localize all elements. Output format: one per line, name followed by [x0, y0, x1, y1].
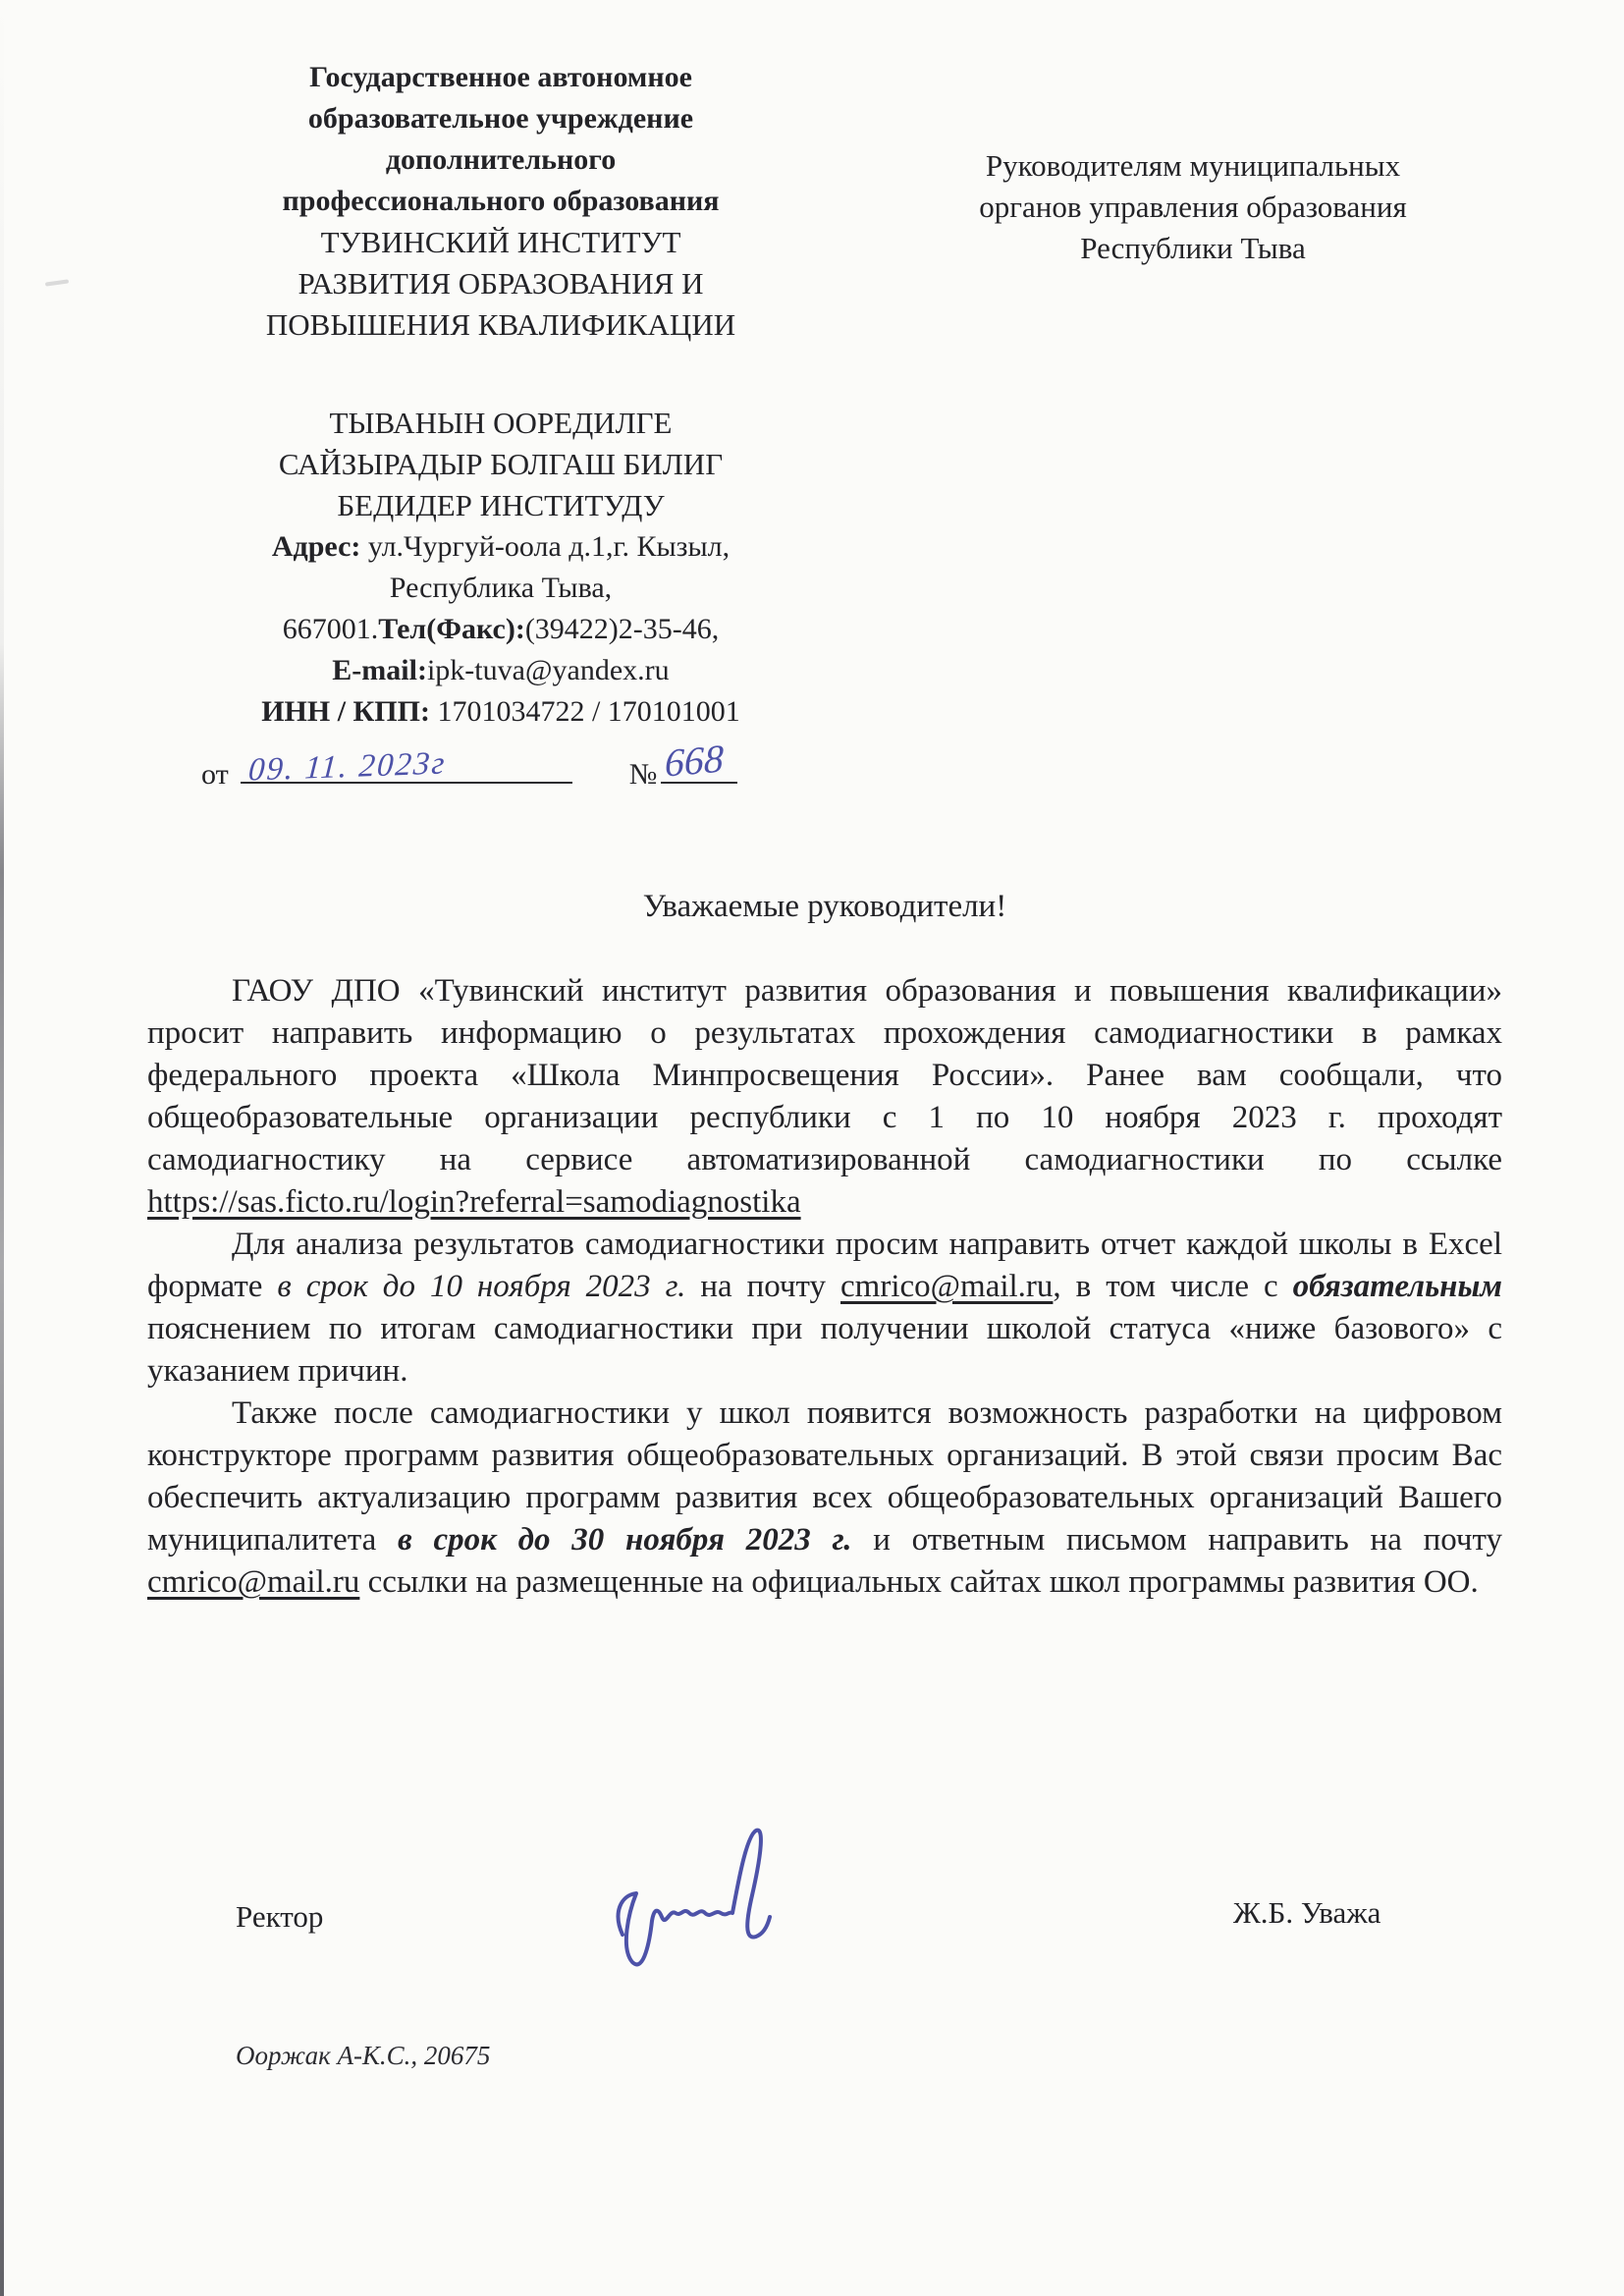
addressee-block: Руководителям муниципальных органов упра… — [864, 145, 1522, 269]
cmrico-email-link[interactable]: cmrico@mail.ru — [840, 1269, 1053, 1304]
postal-code: 667001. — [283, 613, 379, 645]
ref-number-label: № — [629, 758, 658, 791]
org-name-ru-caps: ТУВИНСКИЙ ИНСТИТУТ РАЗВИТИЯ ОБРАЗОВАНИЯ … — [147, 222, 854, 346]
address-value: ул.Чургуй-оола д.1,г. Кызыл, — [360, 530, 730, 563]
self-diagnostics-service-link[interactable]: https://sas.ficto.ru/login?referral=samo… — [147, 1181, 1502, 1224]
paragraph-2-text: , в том числе с — [1053, 1269, 1292, 1304]
signer-name: Ж.Б. Уважа — [1233, 1895, 1380, 1931]
scan-edge-artifact — [0, 0, 4, 2296]
paragraph-1-text: ГАОУ ДПО «Тувинский институт развития об… — [147, 973, 1502, 1177]
scanned-letter-page: Государственное автономное образовательн… — [0, 0, 1624, 2296]
ref-date-field: 09. 11. 2023г — [241, 742, 572, 784]
letter-body: Уважаемые руководители! ГАОУ ДПО «Тувинс… — [147, 886, 1502, 1604]
org-line: образовательное учреждение — [147, 98, 854, 139]
addressee-line: Республики Тыва — [864, 228, 1522, 269]
inn-kpp-value: 1701034722 / 170101001 — [430, 695, 740, 728]
address-line: Адрес: ул.Чургуй-оола д.1,г. Кызыл, — [147, 526, 854, 568]
salutation: Уважаемые руководители! — [147, 886, 1502, 928]
paragraph-3-text: ссылки на размещенные на официальных сай… — [359, 1564, 1478, 1600]
letterhead-org-block: Государственное автономное образовательн… — [147, 57, 854, 792]
phone-line: 667001.Тел(Факс):(39422)2-35-46, — [147, 609, 854, 650]
org-line: ПОВЫШЕНИЯ КВАЛИФИКАЦИИ — [147, 304, 854, 346]
inn-kpp-line: ИНН / КПП: 1701034722 / 170101001 — [147, 691, 854, 733]
org-line: БЕДИДЕР ИНСТИТУДУ — [147, 485, 854, 526]
inn-kpp-label: ИНН / КПП: — [261, 695, 430, 728]
ref-number-field: 668 — [661, 738, 737, 784]
handwritten-signature — [601, 1819, 817, 1976]
scan-speck — [45, 279, 69, 286]
paragraph-2-text: пояснением по итогам самодиагностики при… — [147, 1311, 1502, 1389]
executor-note: Ооржак А-К.С., 20675 — [236, 2041, 490, 2071]
org-line: Государственное автономное — [147, 57, 854, 98]
paragraph-3-text: и ответным письмом направить на почту — [851, 1522, 1502, 1558]
org-line: САЙЗЫРАДЫР БОЛГАШ БИЛИГ — [147, 444, 854, 485]
email-line: E-mail:ipk-tuva@yandex.ru — [147, 650, 854, 691]
handwritten-number: 668 — [665, 735, 725, 786]
org-line: ТЫВАНЫН ООРЕДИЛГЕ — [147, 403, 854, 444]
address-line2: Республика Тыва, — [147, 568, 854, 609]
ref-from-label: от — [201, 758, 229, 791]
reference-line: от09. 11. 2023г№668 — [147, 738, 854, 792]
deadline-30-nov: в срок до 30 ноября 2023 г. — [398, 1522, 851, 1558]
org-name-tuvan: ТЫВАНЫН ООРЕДИЛГЕ САЙЗЫРАДЫР БОЛГАШ БИЛИ… — [147, 403, 854, 526]
org-name-ru-bold: Государственное автономное образовательн… — [147, 57, 854, 222]
org-line: дополнительного — [147, 139, 854, 181]
paragraph-1: ГАОУ ДПО «Тувинский институт развития об… — [147, 970, 1502, 1181]
addressee-line: органов управления образования — [864, 187, 1522, 228]
paragraph-2-text: на почту — [685, 1269, 840, 1304]
phone-value: (39422)2-35-46, — [525, 613, 719, 645]
mandatory-emphasis: обязательным — [1293, 1269, 1502, 1304]
handwritten-date: 09. 11. 2023г — [246, 745, 447, 789]
addressee-line: Руководителям муниципальных — [864, 145, 1522, 187]
org-line: РАЗВИТИЯ ОБРАЗОВАНИЯ И — [147, 263, 854, 304]
address-label: Адрес: — [272, 530, 361, 563]
phone-label: Тел(Факс): — [378, 613, 525, 645]
paragraph-3: Также после самодиагностики у школ появи… — [147, 1393, 1502, 1604]
deadline-10-nov: в срок до 10 ноября 2023 г. — [277, 1269, 685, 1304]
cmrico-email-link[interactable]: cmrico@mail.ru — [147, 1564, 359, 1600]
org-line: профессионального образования — [147, 181, 854, 222]
org-contact-block: Адрес: ул.Чургуй-оола д.1,г. Кызыл, Респ… — [147, 526, 854, 733]
email-value: ipk-tuva@yandex.ru — [427, 654, 670, 686]
signer-title: Ректор — [236, 1899, 323, 1935]
email-label: E-mail: — [332, 654, 427, 686]
org-line: ТУВИНСКИЙ ИНСТИТУТ — [147, 222, 854, 263]
paragraph-2: Для анализа результатов самодиагностики … — [147, 1224, 1502, 1393]
